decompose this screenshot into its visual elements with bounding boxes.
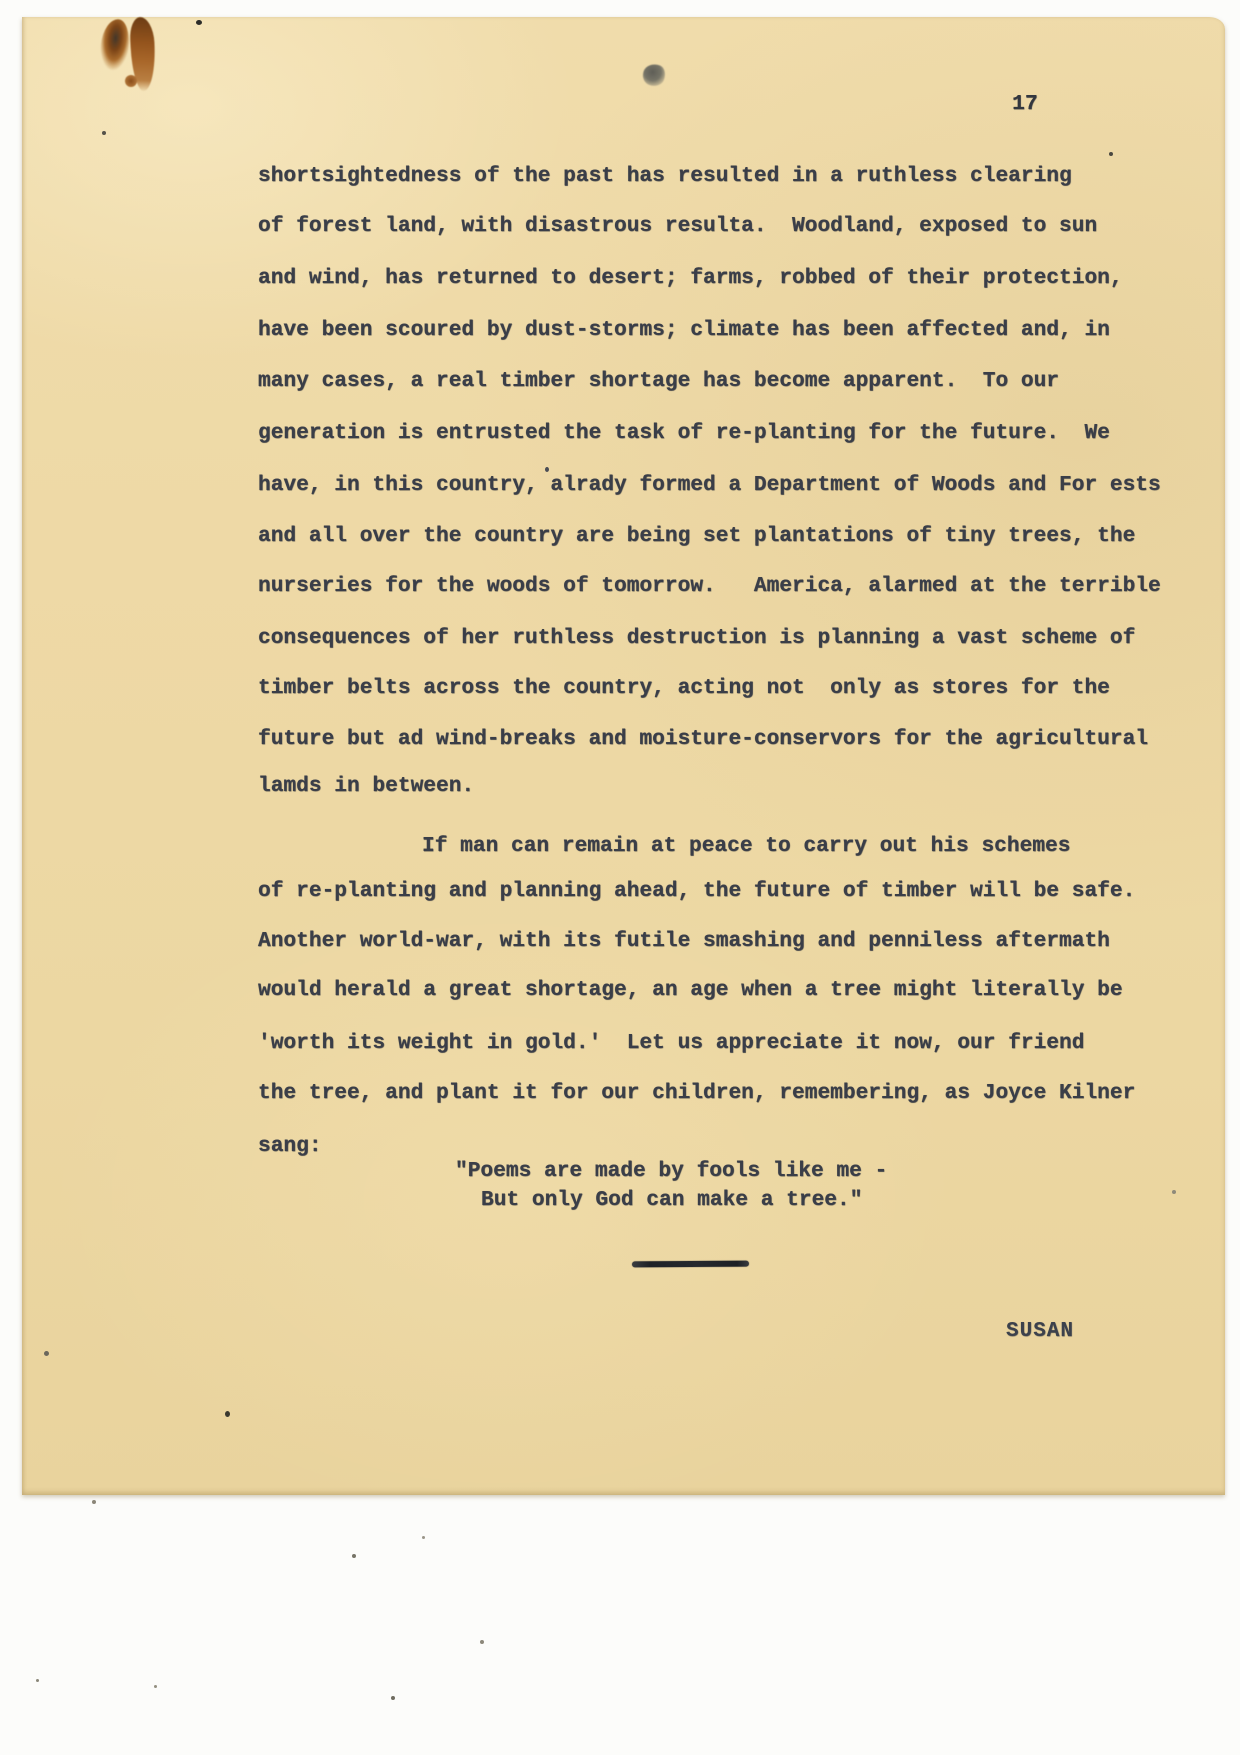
paper-speck — [422, 1536, 425, 1539]
paper-speck — [36, 1679, 39, 1682]
paper-speck — [154, 1685, 157, 1688]
paper-speck — [102, 131, 106, 135]
rust-stain-drop — [125, 75, 137, 87]
verse-line: "Poems are made by fools like me - — [455, 1159, 887, 1183]
typed-line: the tree, and plant it for our children,… — [258, 1081, 1135, 1105]
paper-speck — [44, 1351, 49, 1356]
typed-line: nurseries for the woods of tomorrow. Ame… — [258, 574, 1161, 598]
paper-speck — [196, 20, 202, 25]
typed-line: have, in this country, alrady formed a D… — [258, 473, 1161, 497]
typed-line: generation is entrusted the task of re-p… — [258, 421, 1110, 445]
paper-speck — [480, 1640, 484, 1644]
typed-line: timber belts across the country, acting … — [258, 676, 1110, 700]
typed-line: of forest land, with disastrous resulta.… — [258, 214, 1097, 238]
verse-line: But only God can make a tree." — [481, 1188, 862, 1212]
typed-line: have been scoured by dust-storms; climat… — [258, 318, 1110, 342]
typed-line: future but ad wind-breaks and moisture-c… — [258, 727, 1148, 751]
typed-line: If man can remain at peace to carry out … — [422, 834, 1070, 858]
paper-speck — [545, 467, 549, 472]
rust-stain — [95, 17, 165, 97]
paper-speck — [352, 1554, 356, 1558]
paper-speck — [391, 1696, 395, 1700]
typed-line: lamds in between. — [258, 774, 474, 798]
typed-line: of re-planting and planning ahead, the f… — [258, 879, 1135, 903]
paper-speck — [1109, 152, 1113, 156]
paper-sheet — [22, 17, 1225, 1495]
paper-speck — [225, 1411, 230, 1417]
typed-line: many cases, a real timber shortage has b… — [258, 369, 1059, 393]
page-number: 17 — [1012, 92, 1038, 116]
typed-line: would herald a great shortage, an age wh… — [258, 978, 1123, 1002]
typed-line: 'worth its weight in gold.' Let us appre… — [258, 1031, 1084, 1055]
typed-line: and wind, has returned to desert; farms,… — [258, 266, 1123, 290]
paper-speck — [92, 1500, 96, 1504]
typed-line: shortsightedness of the past has resulte… — [258, 164, 1072, 188]
typed-line: Another world-war, with its futile smash… — [258, 929, 1110, 953]
typed-line: and all over the country are being set p… — [258, 524, 1135, 548]
typed-line: consequences of her ruthless destruction… — [258, 626, 1135, 650]
signature: SUSAN — [1006, 1320, 1074, 1343]
paper-speck — [1172, 1190, 1176, 1194]
typed-line: sang: — [258, 1134, 322, 1158]
divider-line — [632, 1261, 749, 1268]
